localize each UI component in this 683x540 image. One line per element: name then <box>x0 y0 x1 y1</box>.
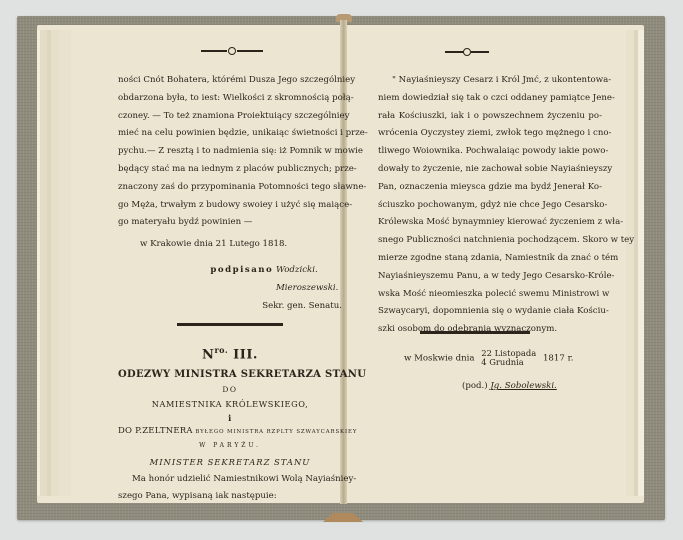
section-number: Nro. III. <box>118 340 342 365</box>
date-fraction: 22 Listopada 4 Grudnia <box>481 349 536 367</box>
text-line: Szwaycaryi, dopomnienia się o wydanie ci… <box>378 303 602 321</box>
text-line: obdarzona była, to iest: Wielkości z skr… <box>118 90 342 108</box>
right-page-text: " Nayiaśnieyszy Cesarz i Król Jmć, z uko… <box>378 72 602 396</box>
text-line: mieć na celu powinien będzie, unikaiąc ś… <box>118 125 342 143</box>
signature-label: (pod.) <box>462 381 488 391</box>
left-page-text: ności Cnót Bohatera, którémi Dusza Jego … <box>118 72 342 506</box>
text-line: niem dowiedział się tak o czci oddaney p… <box>378 90 602 108</box>
section-divider <box>177 323 283 326</box>
text-line: ności Cnót Bohatera, którémi Dusza Jego … <box>118 72 342 90</box>
signature-label: podpisano <box>210 265 273 275</box>
left-ornament <box>201 47 263 55</box>
text-line: znaczony zaś do przypominania Potomności… <box>118 179 342 197</box>
text-line: go materyału bydź powinien — <box>118 214 342 232</box>
text-line: szego Pana, wypisaną iak następuie: <box>118 488 342 506</box>
right-page-edges <box>626 30 644 496</box>
heading-line-3: NAMIESTNIKA KRÓLEWSKIEGO, <box>118 396 342 412</box>
text-line: czoney. — To też znamiona Proiektuiący s… <box>118 108 342 126</box>
text-line: Ma honór udzielić Namiestnikowi Wolą Nay… <box>118 471 342 489</box>
text-line: tliwego Woiownika. Pochwalaiąc powody ia… <box>378 143 602 161</box>
text-line: dowały to życzenie, nie zachował sobie N… <box>378 161 602 179</box>
text-line: Pan, oznaczenia mieysca gdzie ma bydź Je… <box>378 179 602 197</box>
text-line: wska Mość nieomieszka polecić swemu Mini… <box>378 286 602 304</box>
text-line: snego Publiczności natchnienia pochodząc… <box>378 232 602 250</box>
text-line: będący stać ma na iednym z placów public… <box>118 161 342 179</box>
text-line: wrócenia Oyczystey ziemi, zwłok tego męż… <box>378 125 602 143</box>
text-line: go Męża, trwałym z budowy swoiey i użyć … <box>118 197 342 215</box>
text-line: pychu.— Z resztą i to nadmienia się: iż … <box>118 143 342 161</box>
signature-name: Jg. Sobolewski. <box>490 381 556 391</box>
left-page-edges <box>37 30 71 496</box>
heading-line-4: i <box>118 412 342 424</box>
signature-name-1: Wodzicki. <box>276 262 342 280</box>
text-line: " Nayiaśnieyszy Cesarz i Król Jmć, z uko… <box>378 72 602 90</box>
closing-divider <box>420 331 530 334</box>
text-line: mierze zgodne staną zdania, Namiestnik d… <box>378 250 602 268</box>
right-ornament <box>445 48 489 56</box>
text-line: rała Kościuszki, iak i o powszechnem życ… <box>378 108 602 126</box>
minister-title: MINISTER SEKRETARZ STANU <box>118 454 342 471</box>
text-line: Królewska Mość bynaymniey kierować życze… <box>378 214 602 232</box>
signature-block: podpisano Wodzicki. Mieroszewski. Sekr. … <box>118 262 342 315</box>
text-line: ściuszko pochowanym, gdyż nie chce Jego … <box>378 197 602 215</box>
date-line: w Krakowie dnia 21 Lutego 1818. <box>118 236 342 254</box>
heading-line-1: ODEZWY MINISTRA SEKRETARZA STANU <box>118 366 342 383</box>
heading-line-6: W PARYŻU. <box>118 439 342 452</box>
signature-block: (pod.) Jg. Sobolewski. <box>378 378 602 396</box>
signature-name-2: Mieroszewski. <box>276 280 342 298</box>
date-line: w Moskwie dnia 22 Listopada 4 Grudnia 18… <box>378 349 602 368</box>
heading-line-5: DO P.ZELTNERA BYŁEGO MINISTRA RZPLTY SZW… <box>118 424 342 439</box>
text-line: Nayiaśnieyszemu Panu, a w tedy Jego Cesa… <box>378 268 602 286</box>
signature-title: Sekr. gen. Senatu. <box>118 298 342 316</box>
heading-line-2: DO <box>118 383 342 396</box>
